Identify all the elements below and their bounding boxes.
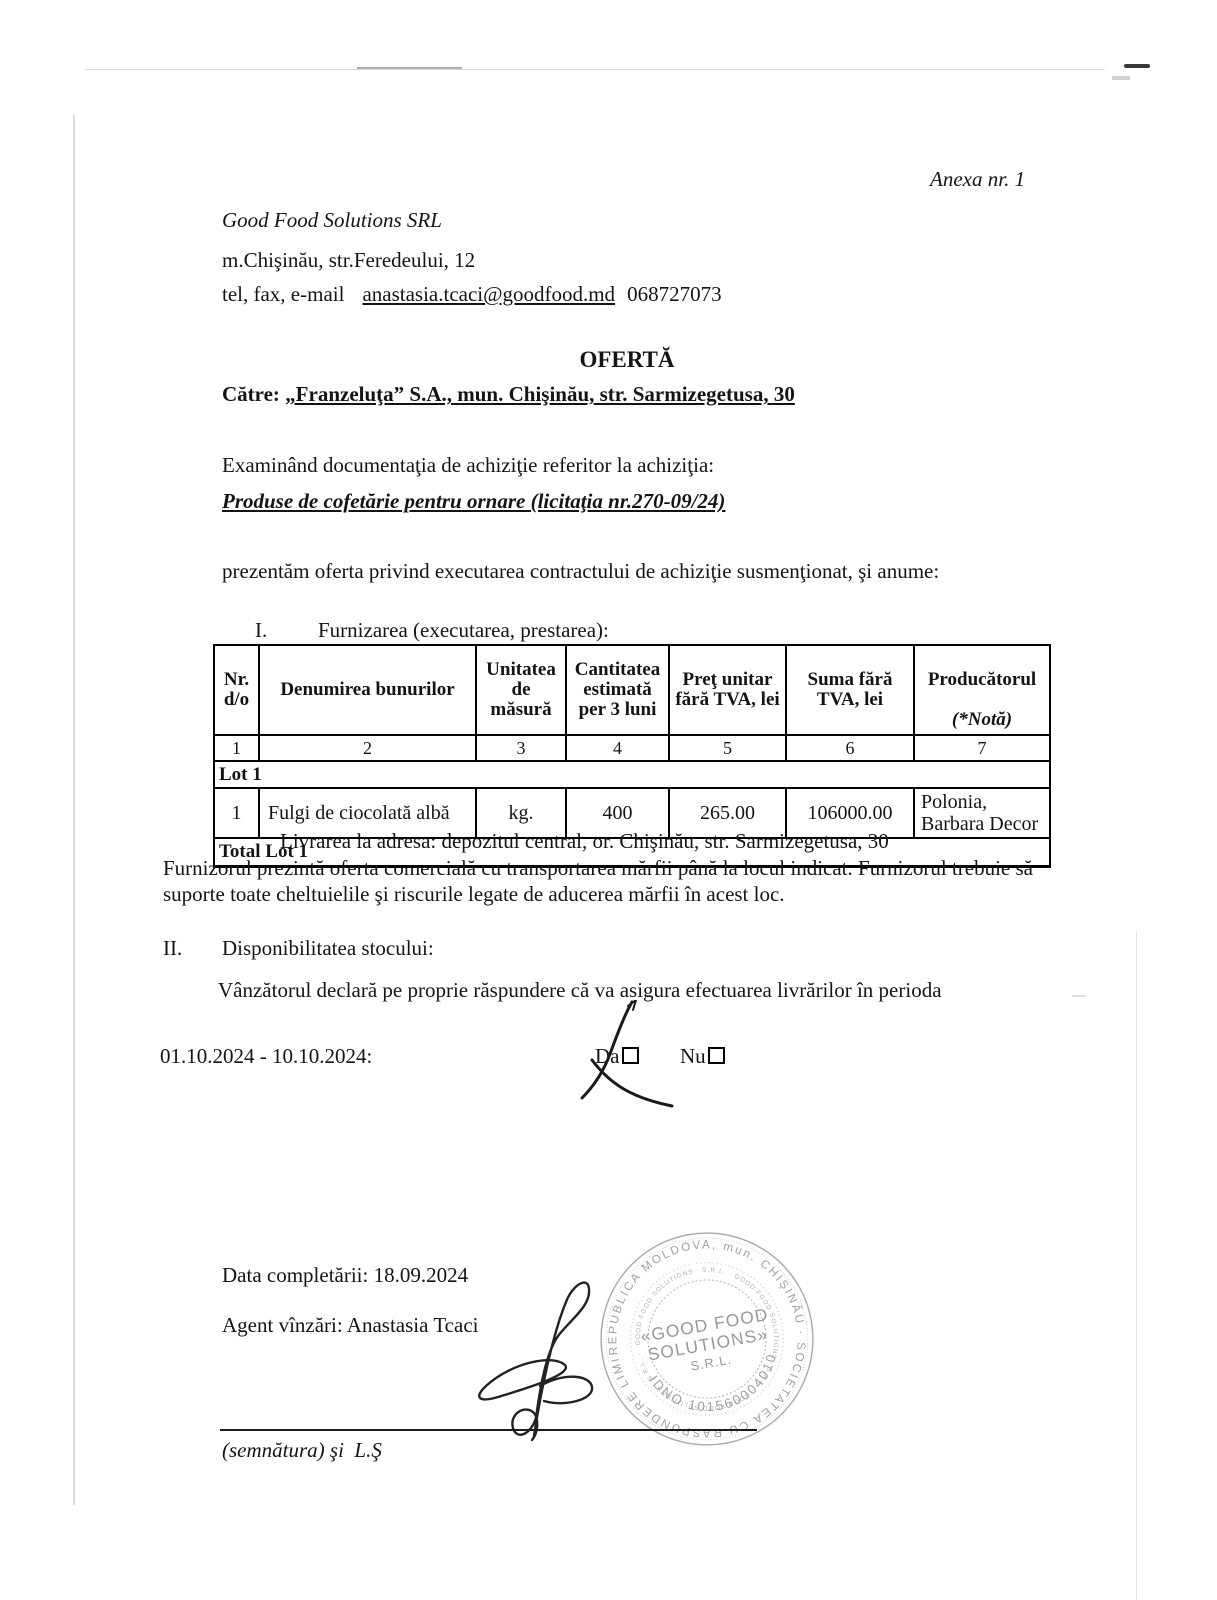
no-option: Nu (680, 1043, 725, 1069)
scan-corner-dash-faint (1112, 76, 1130, 80)
recipient-line: Către: „Franzeluţa” S.A., mun. Chişinău,… (222, 381, 795, 407)
signature-line (220, 1429, 757, 1431)
delivery-paragraph: Furnizorul prezintă oferta comercială cu… (163, 855, 1058, 907)
section2-heading: Disponibilitatea stocului: (222, 935, 434, 961)
contact-label: tel, fax, e-mail (222, 282, 344, 306)
recipient-name: „Franzeluţa” S.A., mun. Chişinău, str. S… (285, 382, 795, 406)
table-header-row: Nr. d/o Denumirea bunurilor Unitatea de … (214, 645, 1050, 735)
present-line: prezentăm oferta privind executarea cont… (222, 558, 939, 584)
colnum-4: 4 (566, 735, 669, 761)
sender-company: Good Food Solutions SRL (222, 207, 442, 233)
signature-caption: (semnătura) şi L.Ş (222, 1437, 382, 1463)
company-stamp: REPUBLICA MOLDOVA, mun. CHIŞINĂU ∙ SOCIE… (595, 1227, 819, 1451)
sales-agent-line: Agent vînzări: Anastasia Tcaci (222, 1312, 478, 1338)
colnum-2: 2 (259, 735, 476, 761)
section1-numeral: I. (255, 617, 267, 643)
colnum-6: 6 (786, 735, 914, 761)
scan-left-edge-line (73, 115, 75, 1505)
colnum-5: 5 (669, 735, 786, 761)
colnum-3: 3 (476, 735, 566, 761)
column-number-row: 1 2 3 4 5 6 7 (214, 735, 1050, 761)
handwritten-check-mark (576, 1000, 686, 1115)
sender-phone: 068727073 (627, 282, 722, 306)
scan-top-dark-segment (357, 67, 462, 69)
section1-heading: Furnizarea (executarea, prestarea): (318, 617, 609, 643)
colnum-1: 1 (214, 735, 259, 761)
scan-right-small-dash (1072, 995, 1086, 997)
header-denumirea: Denumirea bunurilor (259, 645, 476, 735)
header-suma: Suma fără TVA, lei (786, 645, 914, 735)
annex-label: Anexa nr. 1 (930, 166, 1040, 192)
intro-line: Examinând documentaţia de achiziţie refe… (222, 452, 714, 478)
completion-date-line: Data completării: 18.09.2024 (222, 1262, 468, 1288)
availability-period: 01.10.2024 - 10.10.2024: (160, 1043, 372, 1069)
row-producer: Polonia, Barbara Decor (914, 788, 1050, 838)
document-title: OFERTĂ (222, 347, 1032, 373)
header-cantitatea: Cantitatea estimată per 3 luni (566, 645, 669, 735)
subject-line: Produse de cofetărie pentru ornare (lici… (222, 488, 725, 514)
delivery-line: Livrarea la adresa: depozitul central, o… (280, 828, 889, 854)
recipient-label: Către: (222, 382, 280, 406)
header-producator-label: Producătorul (928, 669, 1036, 690)
header-nr: Nr. d/o (214, 645, 259, 735)
scan-right-edge-line (1136, 930, 1137, 1600)
sender-contact-line: tel, fax, e-mailanastasia.tcaci@goodfood… (222, 281, 722, 307)
scanned-offer-document: Anexa nr. 1 Good Food Solutions SRL m.Ch… (0, 0, 1217, 1600)
sender-address: m.Chişinău, str.Feredeului, 12 (222, 247, 475, 273)
colnum-7: 7 (914, 735, 1050, 761)
scan-corner-dash (1124, 64, 1150, 68)
scan-top-edge-line (85, 69, 1105, 70)
section2-numeral: II. (163, 935, 182, 961)
lot-label: Lot 1 (214, 761, 1050, 788)
header-producator-note: (*Notă) (952, 709, 1012, 730)
header-producator: Producătorul (*Notă) (914, 645, 1050, 735)
header-unitatea: Unitatea de măsură (476, 645, 566, 735)
sender-email-link[interactable]: anastasia.tcaci@goodfood.md (362, 282, 615, 306)
lot-row: Lot 1 (214, 761, 1050, 788)
checkbox-nu[interactable] (708, 1047, 725, 1064)
row-nr: 1 (214, 788, 259, 838)
header-pret: Preţ unitar fără TVA, lei (669, 645, 786, 735)
